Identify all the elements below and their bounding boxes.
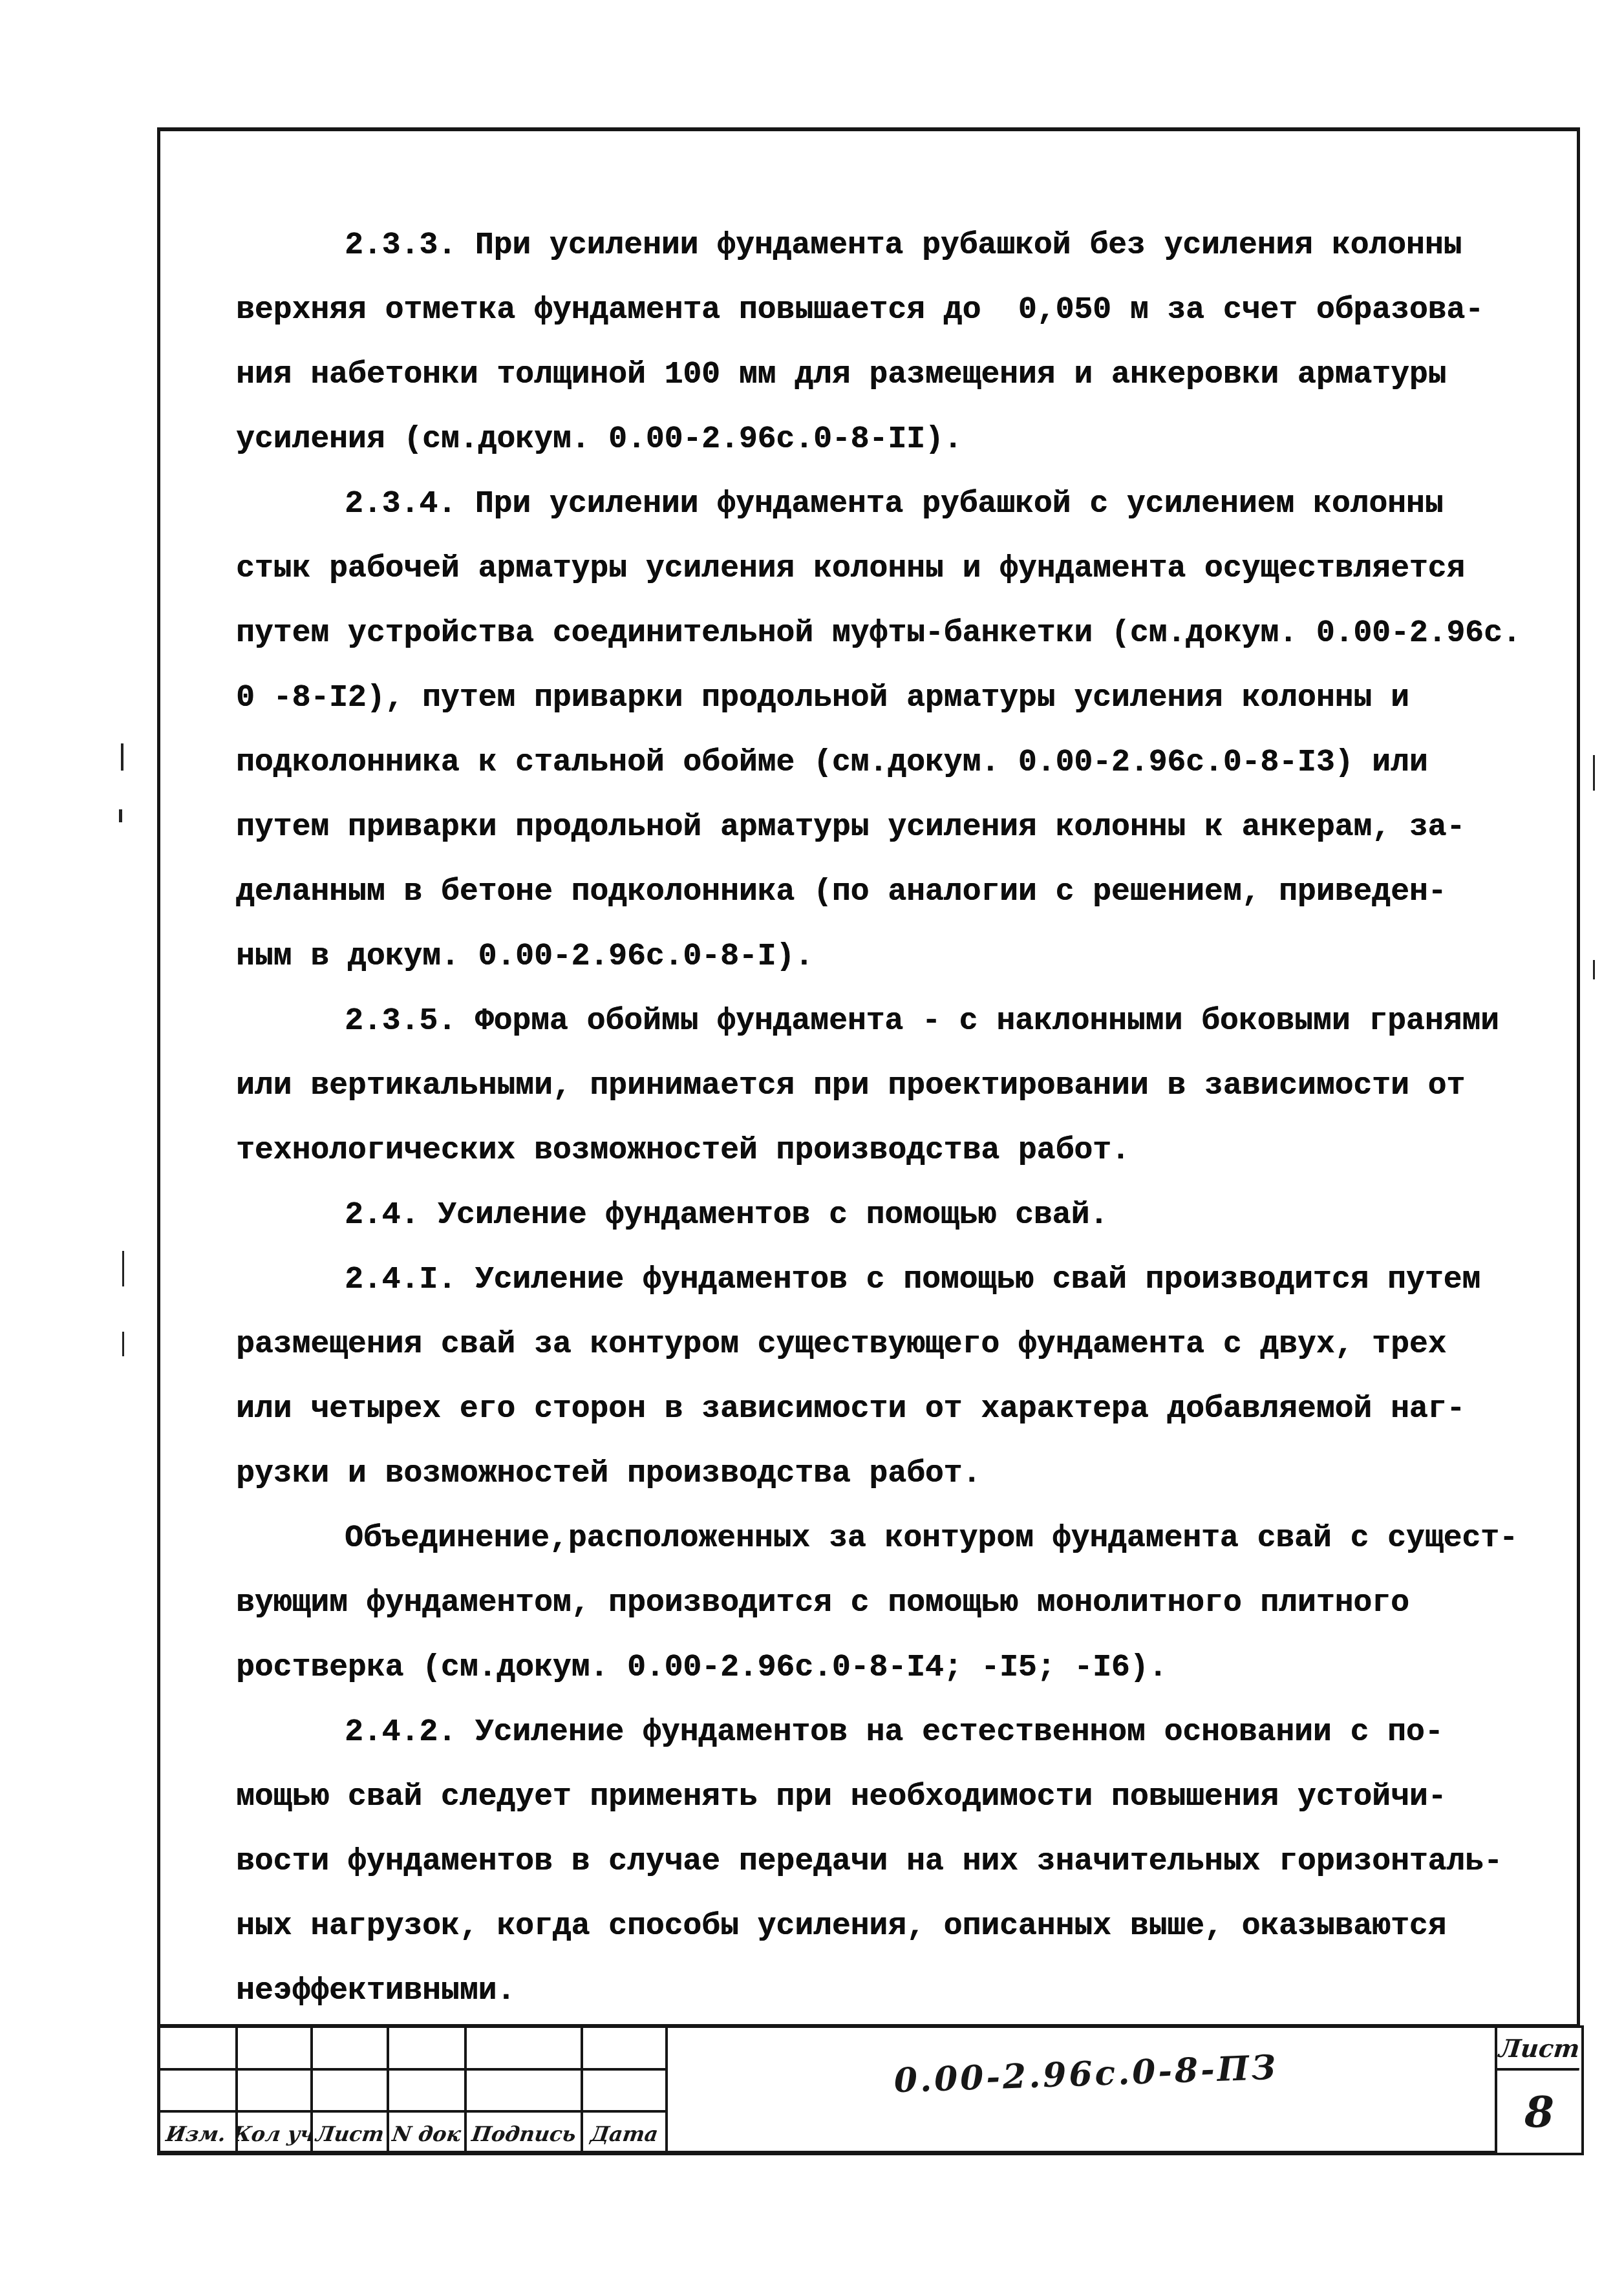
text-line: или четырех его сторон в зависимости от … bbox=[236, 1377, 1542, 1442]
revision-cell bbox=[583, 2028, 668, 2071]
revision-header-koluch: Кол уч bbox=[238, 2113, 313, 2155]
revision-cell bbox=[238, 2071, 313, 2113]
text-line: размещения свай за контуром существующег… bbox=[236, 1312, 1542, 1377]
revision-cell bbox=[389, 2028, 467, 2071]
scan-artifact bbox=[1593, 960, 1595, 979]
text-line: неэффективными. bbox=[236, 1959, 1542, 2023]
revision-header-label: Дата bbox=[589, 2122, 659, 2146]
text-line: 2.3.3. При усилении фундамента рубашкой … bbox=[236, 213, 1542, 278]
text-line: технологических возможностей производств… bbox=[236, 1118, 1542, 1183]
revision-table: Изм. Кол уч Лист N док Подпись Дата bbox=[157, 2028, 668, 2155]
revision-header-label: Кол уч bbox=[238, 2122, 313, 2146]
revision-header-label: Подпись bbox=[470, 2122, 577, 2146]
revision-cell bbox=[467, 2071, 583, 2113]
revision-header-list: Лист bbox=[313, 2113, 389, 2155]
text-line: ростверка (см.докум. 0.00-2.96с.0-8-I4; … bbox=[236, 1636, 1542, 1700]
text-line: 2.4.I. Усиление фундаментов с помощью св… bbox=[236, 1248, 1542, 1312]
text-line: подколонника к стальной обойме (см.докум… bbox=[236, 730, 1542, 795]
revision-cell bbox=[583, 2071, 668, 2113]
text-line: 2.4.2. Усиление фундаментов на естествен… bbox=[236, 1700, 1542, 1765]
text-line: 0 -8-I2), путем приварки продольной арма… bbox=[236, 666, 1542, 730]
scanned-document-page: 2.3.3. При усилении фундамента рубашкой … bbox=[0, 0, 1624, 2282]
revision-header-label: N док bbox=[391, 2122, 463, 2146]
text-line: рузки и возможностей производства работ. bbox=[236, 1442, 1542, 1506]
sheet-number: 8 bbox=[1497, 2071, 1581, 2153]
revision-header-data: Дата bbox=[583, 2113, 668, 2155]
revision-cell bbox=[313, 2071, 389, 2113]
revision-header-podpis: Подпись bbox=[467, 2113, 583, 2155]
revision-cell bbox=[313, 2028, 389, 2071]
revision-header-izm: Изм. bbox=[157, 2113, 238, 2155]
text-line: 2.4. Усиление фундаментов с помощью свай… bbox=[236, 1183, 1542, 1248]
revision-header-label: Лист bbox=[314, 2122, 385, 2146]
scan-artifact bbox=[122, 1332, 124, 1356]
revision-cell bbox=[467, 2028, 583, 2071]
revision-cell bbox=[238, 2028, 313, 2071]
text-line: путем устройства соединительной муфты-ба… bbox=[236, 601, 1542, 666]
text-line: путем приварки продольной арматуры усиле… bbox=[236, 795, 1542, 860]
text-line: 2.3.4. При усилении фундамента рубашкой … bbox=[236, 472, 1542, 537]
revision-cell bbox=[157, 2028, 238, 2071]
text-line: вующим фундаментом, производится с помощ… bbox=[236, 1571, 1542, 1636]
text-line: деланным в бетоне подколонника (по анало… bbox=[236, 860, 1542, 924]
body-text: 2.3.3. При усилении фундамента рубашкой … bbox=[236, 213, 1542, 2023]
text-line: ния набетонки толщиной 100 мм для размещ… bbox=[236, 343, 1542, 407]
text-line: Объединение,расположенных за контуром фу… bbox=[236, 1506, 1542, 1571]
text-line: усиления (см.докум. 0.00-2.96с.0-8-II). bbox=[236, 407, 1542, 472]
text-line: стык рабочей арматуры усиления колонны и… bbox=[236, 537, 1542, 601]
scan-artifact bbox=[122, 1251, 124, 1286]
revision-header-label: Изм. bbox=[165, 2122, 228, 2146]
revision-cell bbox=[389, 2071, 467, 2113]
sheet-label: Лист bbox=[1495, 2028, 1584, 2071]
text-line: верхняя отметка фундамента повышается до… bbox=[236, 278, 1542, 343]
text-line: ных нагрузок, когда способы усиления, оп… bbox=[236, 1894, 1542, 1959]
scan-artifact bbox=[121, 743, 123, 771]
text-line: ным в докум. 0.00-2.96с.0-8-I). bbox=[236, 924, 1542, 989]
text-line: или вертикальными, принимается при проек… bbox=[236, 1054, 1542, 1118]
revision-cell bbox=[157, 2071, 238, 2113]
scan-artifact bbox=[1593, 755, 1595, 791]
sheet-box: Лист 8 bbox=[1495, 2025, 1584, 2155]
text-line: мощью свай следует применять при необход… bbox=[236, 1765, 1542, 1829]
text-line: 2.3.5. Форма обоймы фундамента - с накло… bbox=[236, 989, 1542, 1054]
revision-header-ndok: N док bbox=[389, 2113, 467, 2155]
text-line: вости фундаментов в случае передачи на н… bbox=[236, 1829, 1542, 1894]
scan-artifact bbox=[119, 809, 122, 822]
